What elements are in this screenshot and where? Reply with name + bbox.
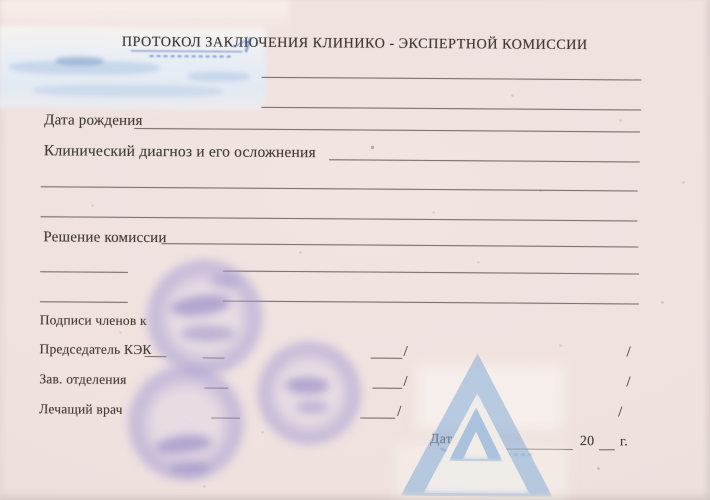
decision-label: Решение комиссии (43, 229, 166, 247)
year-prefix: 20 (580, 434, 595, 450)
birth-date-label: Дата рождения (44, 112, 143, 130)
signature-separator-slash: / (618, 405, 622, 420)
round-stamp-top (146, 259, 263, 376)
chairman-label: Председатель КЭК (40, 341, 152, 357)
scan-corner-highlight (0, 0, 290, 34)
head-of-dept-label: Зав. отделения (39, 371, 126, 387)
blank-line (41, 186, 638, 191)
birth-date-line (134, 128, 640, 133)
year-suffix: г. (620, 434, 628, 450)
triangle-stamp (395, 351, 574, 500)
redaction-smudge (187, 71, 249, 81)
round-stamp-right (257, 341, 362, 446)
redaction-smudge (33, 84, 223, 97)
signature-line-segment (360, 418, 395, 419)
blank-line (40, 216, 637, 221)
blank-line (261, 107, 641, 111)
diagnosis-label: Клинический диагноз и его осложнения (44, 142, 316, 162)
scanned-protocol-form: ПРОТОКОЛ ЗАКЛЮЧЕНИЯ КЛИНИКО - ЭКСПЕРТНОЙ… (0, 0, 710, 500)
attending-doctor-label: Лечащий врач (39, 401, 123, 417)
blank-line-segment (223, 271, 639, 275)
round-stamp-bottom-left (128, 365, 245, 482)
blank-line-segment (40, 301, 128, 303)
diagnosis-line (329, 159, 640, 162)
form-sheet: ПРОТОКОЛ ЗАКЛЮЧЕНИЯ КЛИНИКО - ЭКСПЕРТНОЙ… (0, 0, 710, 500)
decision-line (161, 243, 638, 248)
redaction-smudge (56, 56, 104, 65)
blank-line-segment (223, 301, 639, 305)
blank-line-segment (40, 271, 128, 273)
blank-line (261, 77, 641, 81)
signature-separator-slash: / (626, 375, 630, 390)
signatures-label: Подписи членов к (40, 312, 147, 328)
year-line (599, 449, 615, 450)
signature-separator-slash: / (626, 345, 630, 360)
